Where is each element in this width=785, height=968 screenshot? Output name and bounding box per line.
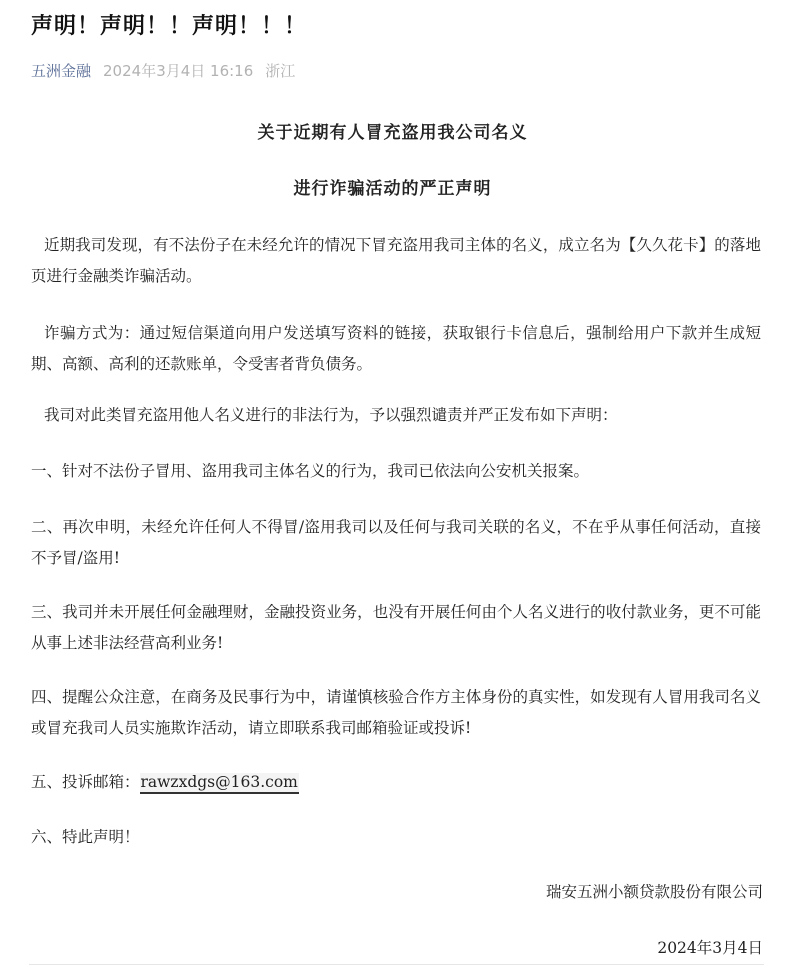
paragraph-condemnation: 我司对此类冒充盗用他人名义进行的非法行为，予以强烈谴责并严正发布如下声明：	[31, 400, 761, 431]
article-title: 声明！声明！！声明！！！	[31, 9, 307, 40]
signature-company: 瑞安五洲小额贷款股份有限公司	[546, 880, 763, 902]
signature-date: 2024年3月4日	[657, 936, 763, 958]
bottom-divider	[29, 964, 764, 965]
publish-location: 浙江	[265, 60, 295, 81]
statement-heading-line2: 进行诈骗活动的严正声明	[0, 174, 785, 199]
paragraph-item-4: 四、提醒公众注意，在商务及民事行为中，请谨慎核验合作方主体身份的真实性，如发现有…	[31, 682, 761, 744]
paragraph-fraud-method: 诈骗方式为：通过短信渠道向用户发送填写资料的链接，获取银行卡信息后，强制给用户下…	[31, 318, 761, 380]
paragraph-item-5-complaint: 五、投诉邮箱：rawzxdgs@163.com	[31, 767, 761, 798]
account-name-link[interactable]: 五洲金融	[31, 60, 91, 81]
article-page: 声明！声明！！声明！！！ 五洲金融 2024年3月4日 16:16 浙江 关于近…	[0, 0, 785, 968]
statement-heading-line1: 关于近期有人冒充盗用我公司名义	[0, 118, 785, 143]
article-meta: 五洲金融 2024年3月4日 16:16 浙江	[31, 60, 295, 81]
paragraph-item-2: 二、再次申明，未经允许任何人不得冒/盗用我司以及任何与我司关联的名义，不在乎从事…	[31, 512, 761, 574]
complaint-label: 五、投诉邮箱：	[31, 773, 140, 791]
complaint-email-link[interactable]: rawzxdgs@163.com	[140, 773, 299, 794]
paragraph-discovery: 近期我司发现，有不法份子在未经允许的情况下冒充盗用我司主体的名义，成立名为【久久…	[31, 230, 761, 292]
paragraph-item-6-closing: 六、特此声明！	[31, 822, 761, 853]
paragraph-item-3: 三、我司并未开展任何金融理财，金融投资业务，也没有开展任何由个人名义进行的收付款…	[31, 597, 761, 659]
paragraph-item-1: 一、针对不法份子冒用、盗用我司主体名义的行为，我司已依法向公安机关报案。	[31, 456, 761, 487]
publish-datetime: 2024年3月4日 16:16	[103, 60, 253, 81]
